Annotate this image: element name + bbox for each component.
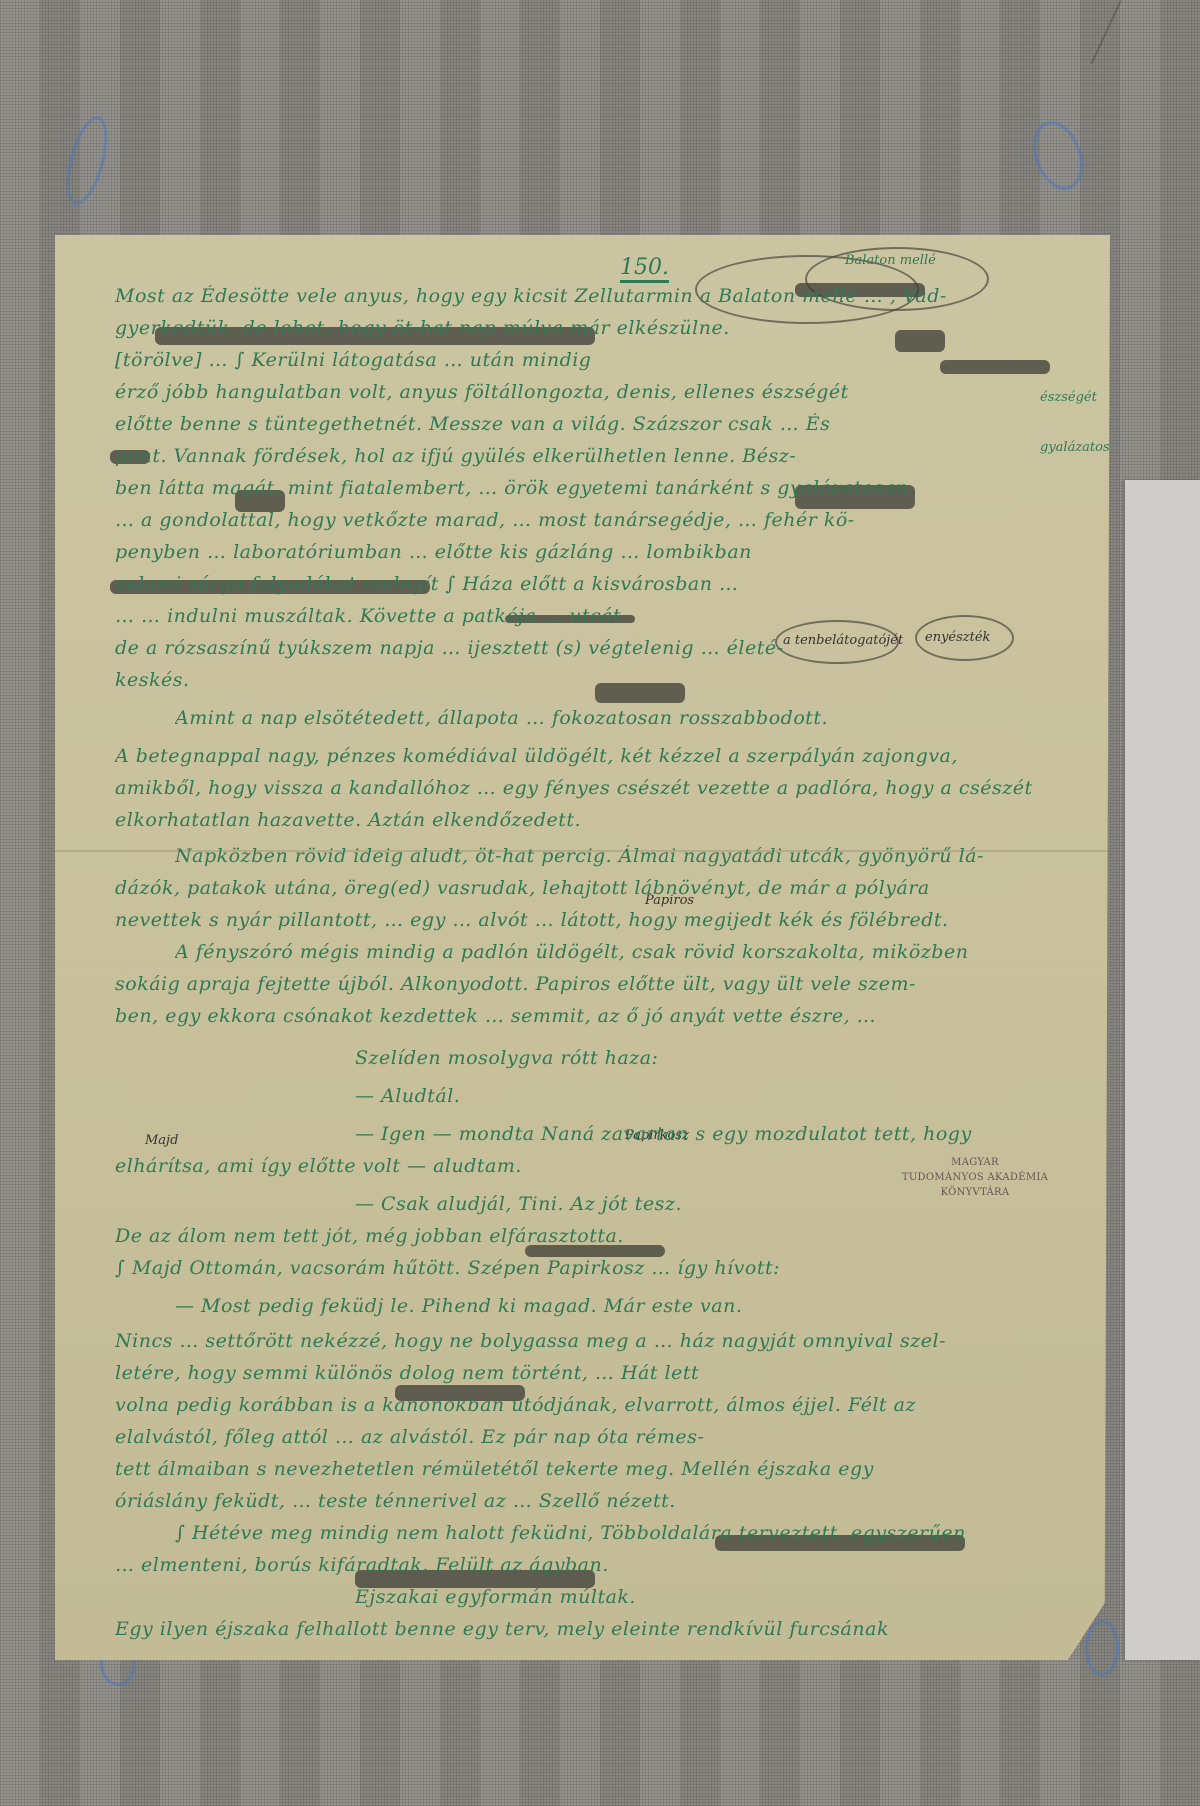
manuscript-line: A betegnappal nagy, pénzes komédiával ül… (115, 745, 1080, 767)
manuscript-line: A fényszóró mégis mindig a padlón üldögé… (175, 941, 1080, 963)
manuscript-line: nevettek s nyár pillantott, … egy … alvó… (115, 909, 1080, 931)
manuscript-line: óriáslány feküdt, … teste ténnerivel az … (115, 1490, 1080, 1512)
manuscript-line: dázók, patakok utána, öreg(ed) vasrudak,… (115, 877, 1080, 899)
manuscript-line: Szelíden mosolygva rótt haza: (355, 1047, 1080, 1069)
manuscript-line: ∫ Majd Ottomán, vacsorám hűtött. Szépen … (115, 1257, 1080, 1279)
manuscript-line: sokáig apraja fejtette újból. Alkonyodot… (115, 973, 1080, 995)
manuscript-line: letére, hogy semmi különös dolog nem tör… (115, 1362, 1080, 1384)
blue-pencil-mark-bottom-right (1085, 1620, 1119, 1676)
manuscript-line: Most az Édesötte vele anyus, hogy egy ki… (115, 285, 1080, 307)
manuscript-line: Egy ilyen éjszaka felhallott benne egy t… (115, 1618, 1080, 1640)
stamp-line: KÖNYVTÁRA (895, 1185, 1055, 1200)
manuscript-line: De az álom nem tett jót, még jobban elfá… (115, 1225, 1080, 1247)
manuscript-line: Éjszakai egyformán múltak. (355, 1586, 1080, 1608)
margin-note: Majd (145, 1133, 178, 1148)
manuscript-line: Nincs … settőrött nekézzé, hogy ne bolyg… (115, 1330, 1080, 1352)
manuscript-line: valami sárga folyadékot melegít ∫ Háza e… (115, 573, 1080, 595)
manuscript-line: Napközben rövid ideig aludt, öt-hat perc… (175, 845, 1080, 867)
manuscript-line: gyerkedtük, de lehet, hogy öt-hat nap mú… (115, 317, 1080, 339)
page-number: 150. (620, 255, 669, 283)
manuscript-line: elalvástól, főleg attól … az alvástól. E… (115, 1426, 1080, 1448)
manuscript-line: ben látta magát, mint fiatalembert, … ör… (115, 477, 1080, 499)
manuscript-page: 150. Balaton mellé észségét gyalázatosan… (55, 235, 1110, 1660)
blue-pencil-mark-top-left (59, 112, 115, 209)
manuscript-line: érző jóbb hangulatban volt, anyus föltál… (115, 381, 1080, 403)
manuscript-line: … … indulni muszáltak. Követte a patkója… (115, 605, 1080, 627)
manuscript-line: ben, egy ekkora csónakot kezdettek … sem… (115, 1005, 1080, 1027)
blue-pencil-mark-top-right (1024, 114, 1092, 196)
manuscript-line: tett álmaiban s nevezhetetlen rémületétő… (115, 1458, 1080, 1480)
manuscript-line: — Aludtál. (355, 1085, 1080, 1107)
manuscript-line: pont. Vannak fördések, hol az ifjú gyülé… (115, 445, 1080, 467)
manuscript-line: penyben … laboratóriumban … előtte kis g… (115, 541, 1080, 563)
manuscript-line: ∫ Hétéve meg mindig nem halott feküdni, … (175, 1522, 1080, 1544)
stamp-line: MAGYAR (895, 1155, 1055, 1170)
manuscript-line: — Most pedig feküdj le. Pihend ki magad.… (175, 1295, 1080, 1317)
manuscript-line: … elmenteni, borús kifáradtak. Felült az… (115, 1554, 1080, 1576)
stamp-line: TUDOMÁNYOS AKADÉMIA (895, 1170, 1055, 1185)
adjacent-white-sheet (1125, 480, 1200, 1660)
manuscript-line: előtte benne s tüntegethetnét. Messze va… (115, 413, 1080, 435)
pencil-scratch-top-right (1090, 0, 1121, 64)
library-stamp: MAGYAR TUDOMÁNYOS AKADÉMIA KÖNYVTÁRA (895, 1155, 1055, 1200)
manuscript-line: keskés. (115, 669, 1080, 691)
manuscript-line: amikből, hogy vissza a kandallóhoz … egy… (115, 777, 1080, 799)
manuscript-line: de a rózsaszínű tyúkszem napja … ijeszte… (115, 637, 1080, 659)
margin-note: Balaton mellé (845, 253, 936, 268)
manuscript-line: [törölve] … ∫ Kerülni látogatása … után … (115, 349, 1080, 371)
manuscript-line: elkorhatatlan hazavette. Aztán elkendőze… (115, 809, 1080, 831)
manuscript-line: — Igen — mondta Naná zavartan s egy mozd… (355, 1123, 1080, 1145)
manuscript-line: Amint a nap elsötétedett, állapota … fok… (175, 707, 1080, 729)
manuscript-line: volna pedig korábban is a kanonokban utó… (115, 1394, 1080, 1416)
manuscript-line: … a gondolattal, hogy vetkőzte marad, … … (115, 509, 1080, 531)
